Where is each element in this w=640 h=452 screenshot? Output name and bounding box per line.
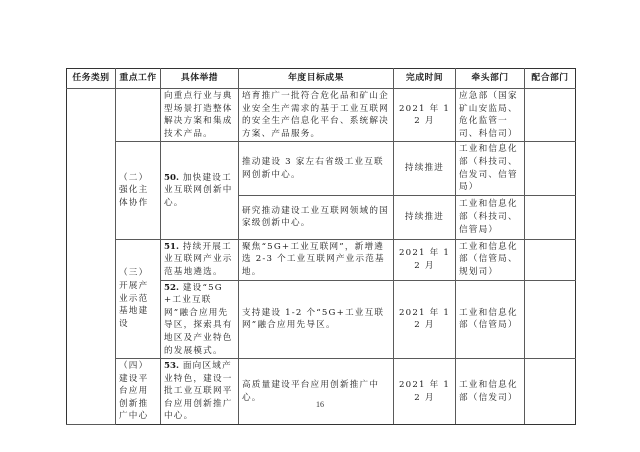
target-cell: 推动建设 3 家左右省级工业互联网创新中心。 bbox=[239, 142, 394, 195]
support-dept-cell bbox=[525, 280, 576, 359]
table-row: （二）强化主体协作 50. 加快建设工业互联网创新中心。 推动建设 3 家左右省… bbox=[67, 142, 576, 195]
header-task-category: 任务类别 bbox=[67, 69, 116, 89]
table-row: （四）建设平台应用创新推广中心 53. 面向区域产业特色，建设一批工业互联网平台… bbox=[67, 359, 576, 425]
support-dept-cell bbox=[525, 195, 576, 239]
key-work-cell: （二）强化主体协作 bbox=[116, 142, 161, 239]
support-dept-cell bbox=[525, 359, 576, 425]
lead-dept-cell: 工业和信息化部（信发司） bbox=[456, 359, 525, 425]
time-cell: 2021 年 12 月 bbox=[394, 239, 456, 280]
measure-text: 建设“5G+工业互联网”融合应用先导区，探索具有地区及产业特色的发展模式。 bbox=[164, 283, 233, 356]
time-cell: 2021 年 12 月 bbox=[394, 359, 456, 425]
header-support-department: 配合部门 bbox=[525, 69, 576, 89]
lead-dept-cell: 工业和信息化部（科技司、信发司、信管局） bbox=[456, 142, 525, 195]
support-dept-cell bbox=[525, 239, 576, 280]
task-table: 任务类别 重点工作 具体举措 年度目标成果 完成时间 牵头部门 配合部门 向重点… bbox=[66, 68, 576, 425]
header-completion-time: 完成时间 bbox=[394, 69, 456, 89]
target-cell: 培育推广一批符合危化品和矿山企业安全生产需求的基于工业互联网的安全生产信息化平台… bbox=[239, 89, 394, 142]
measure-number: 51. bbox=[164, 242, 179, 252]
lead-dept-cell: 工业和信息化部（信管局、规划司） bbox=[456, 239, 525, 280]
support-dept-cell bbox=[525, 142, 576, 195]
support-dept-cell bbox=[525, 89, 576, 142]
measure-cell: 向重点行业与典型场景打造整体解决方案和集成技术产品。 bbox=[161, 89, 239, 142]
measure-cell: 53. 面向区域产业特色，建设一批工业互联网平台应用创新推广中心。 bbox=[161, 359, 239, 425]
measure-text: 向重点行业与典型场景打造整体解决方案和集成技术产品。 bbox=[164, 91, 233, 139]
key-work-cell: （四）建设平台应用创新推广中心 bbox=[116, 359, 161, 425]
lead-dept-cell: 工业和信息化部（科技司、信管局） bbox=[456, 195, 525, 239]
header-specific-measures: 具体举措 bbox=[161, 69, 239, 89]
key-work-cell bbox=[116, 89, 161, 142]
task-category-cell bbox=[67, 89, 116, 425]
time-cell: 持续推进 bbox=[394, 142, 456, 195]
measure-cell: 50. 加快建设工业互联网创新中心。 bbox=[161, 142, 239, 239]
table-row: （三）开展产业示范基地建设 51. 持续开展工业互联网产业示范基地遴选。 聚焦“… bbox=[67, 239, 576, 280]
table-row: 向重点行业与典型场景打造整体解决方案和集成技术产品。 培育推广一批符合危化品和矿… bbox=[67, 89, 576, 142]
time-cell: 2021 年 12 月 bbox=[394, 280, 456, 359]
time-cell: 持续推进 bbox=[394, 195, 456, 239]
target-cell: 研究推动建设工业互联网领域的国家级创新中心。 bbox=[239, 195, 394, 239]
target-cell: 支持建设 1-2 个“5G+工业互联网”融合应用先导区。 bbox=[239, 280, 394, 359]
table-header-row: 任务类别 重点工作 具体举措 年度目标成果 完成时间 牵头部门 配合部门 bbox=[67, 69, 576, 89]
target-cell: 聚焦“5G+工业互联网”，新增遴选 2-3 个工业互联网产业示范基地。 bbox=[239, 239, 394, 280]
time-cell: 2021 年 12 月 bbox=[394, 89, 456, 142]
measure-cell: 51. 持续开展工业互联网产业示范基地遴选。 bbox=[161, 239, 239, 280]
measure-number: 50. bbox=[164, 173, 179, 183]
measure-cell: 52. 建设“5G+工业互联网”融合应用先导区，探索具有地区及产业特色的发展模式… bbox=[161, 280, 239, 359]
page-number: 16 bbox=[0, 400, 640, 409]
header-lead-department: 牵头部门 bbox=[456, 69, 525, 89]
header-annual-target: 年度目标成果 bbox=[239, 69, 394, 89]
target-cell: 高质量建设平台应用创新推广中心。 bbox=[239, 359, 394, 425]
header-key-work: 重点工作 bbox=[116, 69, 161, 89]
measure-number: 53. bbox=[164, 361, 179, 371]
lead-dept-cell: 工业和信息化部（信管局） bbox=[456, 280, 525, 359]
measure-number: 52. bbox=[164, 283, 179, 293]
key-work-cell: （三）开展产业示范基地建设 bbox=[116, 239, 161, 358]
lead-dept-cell: 应急部（国家矿山安监局、危化监管一司、科信司） bbox=[456, 89, 525, 142]
